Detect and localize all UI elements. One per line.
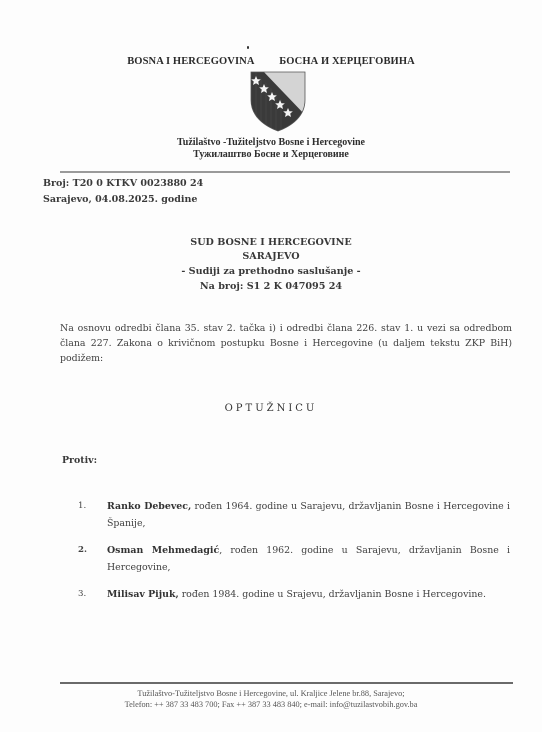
reference-number: Broj: T20 0 KTKV 0023880 24	[43, 178, 203, 189]
footer-divider	[60, 682, 513, 684]
legal-basis-paragraph: Na osnovu odredbi člana 35. stav 2. tačk…	[60, 321, 512, 366]
institution-name-latin: Tužilaštvo -Tužiteljstvo Bosne i Hercego…	[0, 137, 542, 148]
header-divider	[60, 171, 510, 173]
bih-coat-of-arms-icon	[248, 70, 308, 132]
defendant-details: rođen 1984. godine u Srajevu, državljani…	[179, 589, 486, 600]
addressee-case-number: Na broj: S1 2 K 047095 24	[0, 281, 542, 292]
defendant-name: Ranko Debevec,	[107, 501, 191, 512]
document-page: BOSNA I HERCEGOVINA БОСНА И ХЕРЦЕГОВИНА	[0, 0, 542, 732]
defendant-item: 3. Milisav Pijuk, rođen 1984. godine u S…	[78, 586, 510, 603]
defendant-name: Milisav Pijuk,	[107, 589, 179, 600]
defendant-item: 1. Ranko Debevec, rođen 1964. godine u S…	[78, 498, 510, 532]
place-and-date: Sarajevo, 04.08.2025. godine	[43, 194, 197, 205]
addressee-court: SUD BOSNE I HERCEGOVINE	[0, 237, 542, 248]
footer-address: Tužilaštvo-Tužiteljstvo Bosne i Hercegov…	[0, 689, 542, 698]
defendant-name: Osman Mehmedagić	[107, 545, 219, 556]
institution-name-cyrillic: Тужилаштво Босне и Херцеговине	[0, 149, 542, 160]
addressee-city: SARAJEVO	[0, 251, 542, 262]
defendant-item: 2. Osman Mehmedagić, rođen 1962. godine …	[78, 542, 510, 576]
footer-contact: Telefon: ++ 387 33 483 700; Fax ++ 387 3…	[0, 700, 542, 709]
defendant-number: 2.	[78, 542, 87, 559]
against-label: Protiv:	[62, 455, 97, 466]
addressee-recipient: - Sudiji za prethodno saslušanje -	[0, 266, 542, 277]
defendant-number: 1.	[78, 498, 86, 515]
country-name-latin: BOSNA I HERCEGOVINA	[127, 56, 254, 67]
defendant-number: 3.	[78, 586, 86, 603]
letterhead-country: BOSNA I HERCEGOVINA БОСНА И ХЕРЦЕГОВИНА	[0, 56, 542, 67]
document-title: OPTUŽNICU	[0, 403, 542, 414]
country-name-cyrillic: БОСНА И ХЕРЦЕГОВИНА	[279, 56, 415, 67]
scan-speck	[247, 46, 249, 49]
